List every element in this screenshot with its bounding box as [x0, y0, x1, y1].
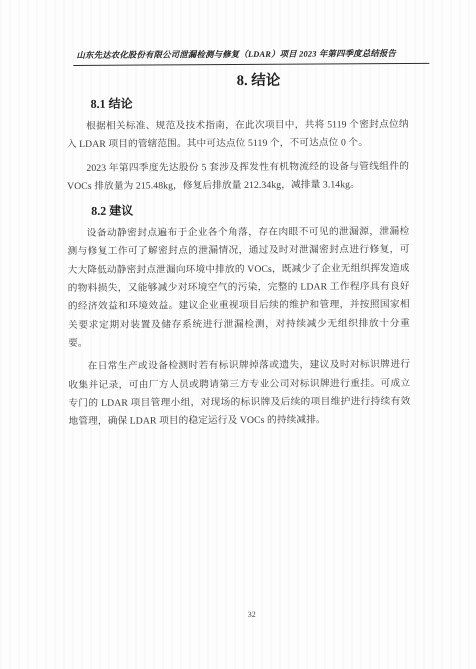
paragraph: 在日常生产或设备检测时若有标识牌掉落或遗失，建议及时对标识牌进行收集并记录，可由…: [68, 356, 410, 431]
page-number: 32: [26, 609, 476, 621]
document-body: 8.1 结论 根据相关标准、规范及技术指南，在此次项目中，共将 5119 个密封…: [67, 94, 411, 432]
section-conclusion: 8.1 结论 根据相关标准、规范及技术指南，在此次项目中，共将 5119 个密封…: [67, 94, 410, 196]
section-heading-8-1: 8.1 结论: [67, 94, 409, 113]
paragraph: 设备动静密封点遍布于企业各个角落，存在肉眼不可见的泄漏源，泄漏检测与修复工作可了…: [67, 223, 410, 353]
running-header: 山东先达农化股份有限公司泄漏检测与修复（LDAR）项目 2023 年第四季度总结…: [0, 47, 474, 62]
paragraph: 2023 年第四季度先达股份 5 套涉及挥发性有机物流经的设备与管线组件的 VO…: [67, 158, 409, 197]
header-divider: [73, 63, 429, 66]
paragraph: 根据相关标准、规范及技术指南，在此次项目中，共将 5119 个密封点位纳入 LD…: [67, 116, 409, 155]
page-content: 山东先达农化股份有限公司泄漏检测与修复（LDAR）项目 2023 年第四季度总结…: [0, 0, 476, 669]
chapter-title: 8. 结论: [20, 67, 476, 91]
scanned-report-page: 山东先达农化股份有限公司泄漏检测与修复（LDAR）项目 2023 年第四季度总结…: [0, 0, 476, 669]
section-heading-8-2: 8.2 建议: [67, 201, 409, 220]
section-suggestions: 8.2 建议 设备动静密封点遍布于企业各个角落，存在肉眼不可见的泄漏源，泄漏检测…: [67, 201, 410, 431]
